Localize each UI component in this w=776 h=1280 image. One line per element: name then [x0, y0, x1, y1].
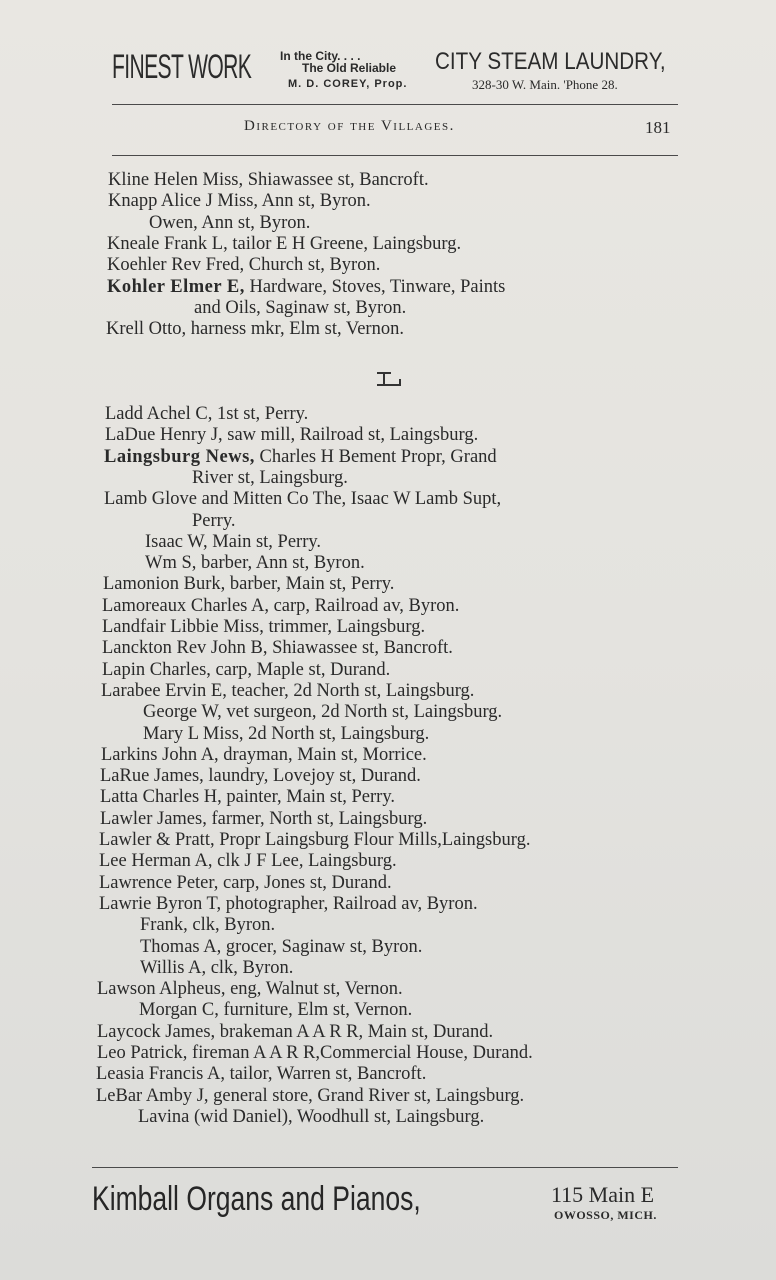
- entry-text: Thomas A, grocer, Saginaw st, Byron.: [140, 937, 422, 957]
- directory-entry: Krell Otto, harness mkr, Elm st, Vernon.: [106, 320, 404, 339]
- footer-divider: [92, 1167, 678, 1168]
- entry-text: Larabee Ervin E, teacher, 2d North st, L…: [101, 681, 474, 701]
- entry-text: Knapp Alice J Miss, Ann st, Byron.: [108, 191, 371, 211]
- entry-text: LaRue James, laundry, Lovejoy st, Durand…: [100, 766, 421, 786]
- ad-proprietor: M. D. COREY, Prop.: [288, 78, 407, 90]
- directory-entry: LaRue James, laundry, Lovejoy st, Durand…: [100, 767, 421, 786]
- directory-entry: Koehler Rev Fred, Church st, Byron.: [107, 256, 380, 275]
- directory-entry: Latta Charles H, painter, Main st, Perry…: [100, 788, 395, 807]
- directory-entry: Lawler & Pratt, Propr Laingsburg Flour M…: [99, 831, 530, 850]
- entry-text: George W, vet surgeon, 2d North st, Lain…: [143, 702, 502, 722]
- directory-entry: Morgan C, furniture, Elm st, Vernon.: [139, 1001, 412, 1020]
- entry-bold-name: Laingsburg News,: [104, 447, 255, 467]
- entry-text: Lamonion Burk, barber, Main st, Perry.: [103, 574, 394, 594]
- directory-entry: Lawrie Byron T, photographer, Railroad a…: [99, 895, 478, 914]
- section-letter-l: [377, 372, 401, 386]
- entry-text: Isaac W, Main st, Perry.: [145, 532, 321, 552]
- directory-entry: Larabee Ervin E, teacher, 2d North st, L…: [101, 682, 474, 701]
- ad-address: 328-30 W. Main. 'Phone 28.: [472, 77, 618, 93]
- entry-text: Lawson Alpheus, eng, Walnut st, Vernon.: [97, 979, 403, 999]
- entry-text: Perry.: [192, 511, 236, 531]
- entry-text: Leo Patrick, fireman A A R R,Commercial …: [97, 1043, 533, 1063]
- directory-entry: LeBar Amby J, general store, Grand River…: [96, 1087, 524, 1106]
- entry-text: Hardware, Stoves, Tinware, Paints: [245, 277, 506, 297]
- directory-entry: Lamonion Burk, barber, Main st, Perry.: [103, 575, 394, 594]
- directory-entry: Thomas A, grocer, Saginaw st, Byron.: [140, 938, 422, 957]
- directory-entry: Lawrence Peter, carp, Jones st, Durand.: [99, 874, 392, 893]
- directory-entry: Frank, clk, Byron.: [140, 916, 275, 935]
- entry-text: Lavina (wid Daniel), Woodhull st, Laings…: [138, 1107, 484, 1127]
- entry-text: Charles H Bement Propr, Grand: [255, 447, 497, 467]
- entry-text: Owen, Ann st, Byron.: [149, 213, 310, 233]
- directory-entry: Lamb Glove and Mitten Co The, Isaac W La…: [104, 490, 501, 509]
- entry-text: Lamb Glove and Mitten Co The, Isaac W La…: [104, 489, 501, 509]
- directory-entry: Kline Helen Miss, Shiawassee st, Bancrof…: [108, 171, 429, 190]
- entry-text: Leasia Francis A, tailor, Warren st, Ban…: [96, 1064, 426, 1084]
- bottom-ad-headline: Kimball Organs and Pianos,: [92, 1180, 421, 1219]
- entry-text: and Oils, Saginaw st, Byron.: [194, 298, 406, 318]
- directory-entry: Willis A, clk, Byron.: [140, 959, 293, 978]
- bottom-ad-city: OWOSSO, MICH.: [554, 1208, 657, 1223]
- entry-text: LaDue Henry J, saw mill, Railroad st, La…: [105, 425, 478, 445]
- directory-entry: Lamoreaux Charles A, carp, Railroad av, …: [102, 597, 459, 616]
- ad-business-name: CITY STEAM LAUNDRY,: [435, 48, 666, 76]
- entry-text: Lanckton Rev John B, Shiawassee st, Banc…: [102, 638, 453, 658]
- ad-tagline-2: The Old Reliable: [302, 61, 396, 75]
- page-number: 181: [645, 118, 671, 138]
- entry-text: Lawler & Pratt, Propr Laingsburg Flour M…: [99, 830, 530, 850]
- directory-entry: Ladd Achel C, 1st st, Perry.: [105, 405, 308, 424]
- directory-entry: Lawler James, farmer, North st, Laingsbu…: [100, 810, 427, 829]
- top-advertisement: FINEST WORK In the City. . . . The Old R…: [112, 44, 678, 94]
- entry-text: Koehler Rev Fred, Church st, Byron.: [107, 255, 380, 275]
- header-divider: [112, 155, 678, 156]
- directory-page: FINEST WORK In the City. . . . The Old R…: [0, 0, 776, 1280]
- directory-entry: Lee Herman A, clk J F Lee, Laingsburg.: [99, 852, 397, 871]
- bottom-ad-address: 115 Main E: [551, 1182, 654, 1208]
- directory-entry: Larkins John A, drayman, Main st, Morric…: [101, 746, 427, 765]
- entry-text: Lawrence Peter, carp, Jones st, Durand.: [99, 873, 392, 893]
- directory-entry: Kneale Frank L, tailor E H Greene, Laing…: [107, 235, 461, 254]
- directory-entry: Laycock James, brakeman A A R R, Main st…: [97, 1023, 493, 1042]
- entry-text: Morgan C, furniture, Elm st, Vernon.: [139, 1000, 412, 1020]
- entry-text: Lawrie Byron T, photographer, Railroad a…: [99, 894, 478, 914]
- directory-entry: Landfair Libbie Miss, trimmer, Laingsbur…: [102, 618, 425, 637]
- entry-text: Willis A, clk, Byron.: [140, 958, 293, 978]
- directory-entry: Mary L Miss, 2d North st, Laingsburg.: [143, 725, 429, 744]
- directory-entry: LaDue Henry J, saw mill, Railroad st, La…: [105, 426, 478, 445]
- entry-text: Krell Otto, harness mkr, Elm st, Vernon.: [106, 319, 404, 339]
- directory-entry: Lanckton Rev John B, Shiawassee st, Banc…: [102, 639, 453, 658]
- entry-text: Lee Herman A, clk J F Lee, Laingsburg.: [99, 851, 397, 871]
- directory-entry: Wm S, barber, Ann st, Byron.: [145, 554, 365, 573]
- entry-text: Lapin Charles, carp, Maple st, Durand.: [102, 660, 390, 680]
- entry-text: Kneale Frank L, tailor E H Greene, Laing…: [107, 234, 461, 254]
- directory-entry: Leo Patrick, fireman A A R R,Commercial …: [97, 1044, 533, 1063]
- ad-headline: FINEST WORK: [112, 48, 251, 87]
- directory-entry: Owen, Ann st, Byron.: [149, 214, 310, 233]
- entry-text: Lawler James, farmer, North st, Laingsbu…: [100, 809, 427, 829]
- directory-entry: Laingsburg News, Charles H Bement Propr,…: [104, 448, 497, 467]
- entry-text: Larkins John A, drayman, Main st, Morric…: [101, 745, 427, 765]
- entry-text: Landfair Libbie Miss, trimmer, Laingsbur…: [102, 617, 425, 637]
- directory-entry: Knapp Alice J Miss, Ann st, Byron.: [108, 192, 371, 211]
- directory-entry: Kohler Elmer E, Hardware, Stoves, Tinwar…: [107, 278, 505, 297]
- entry-text: Mary L Miss, 2d North st, Laingsburg.: [143, 724, 429, 744]
- entry-text: Wm S, barber, Ann st, Byron.: [145, 553, 365, 573]
- directory-entry: Perry.: [192, 512, 236, 531]
- entry-text: Latta Charles H, painter, Main st, Perry…: [100, 787, 395, 807]
- entry-text: Frank, clk, Byron.: [140, 915, 275, 935]
- directory-entry: Leasia Francis A, tailor, Warren st, Ban…: [96, 1065, 426, 1084]
- top-divider: [112, 104, 678, 105]
- running-head-title: Directory of the Villages.: [244, 118, 455, 135]
- entry-bold-name: Kohler Elmer E,: [107, 277, 245, 297]
- entry-text: Ladd Achel C, 1st st, Perry.: [105, 404, 308, 424]
- directory-entry: Lapin Charles, carp, Maple st, Durand.: [102, 661, 390, 680]
- entry-text: LeBar Amby J, general store, Grand River…: [96, 1086, 524, 1106]
- directory-entry: and Oils, Saginaw st, Byron.: [194, 299, 406, 318]
- entry-text: Laycock James, brakeman A A R R, Main st…: [97, 1022, 493, 1042]
- entry-text: Lamoreaux Charles A, carp, Railroad av, …: [102, 596, 459, 616]
- directory-entry: Isaac W, Main st, Perry.: [145, 533, 321, 552]
- directory-entry: Lavina (wid Daniel), Woodhull st, Laings…: [138, 1108, 484, 1127]
- entry-text: River st, Laingsburg.: [192, 468, 348, 488]
- directory-entry: George W, vet surgeon, 2d North st, Lain…: [143, 703, 502, 722]
- directory-entry: River st, Laingsburg.: [192, 469, 348, 488]
- directory-entry: Lawson Alpheus, eng, Walnut st, Vernon.: [97, 980, 403, 999]
- entry-text: Kline Helen Miss, Shiawassee st, Bancrof…: [108, 170, 429, 190]
